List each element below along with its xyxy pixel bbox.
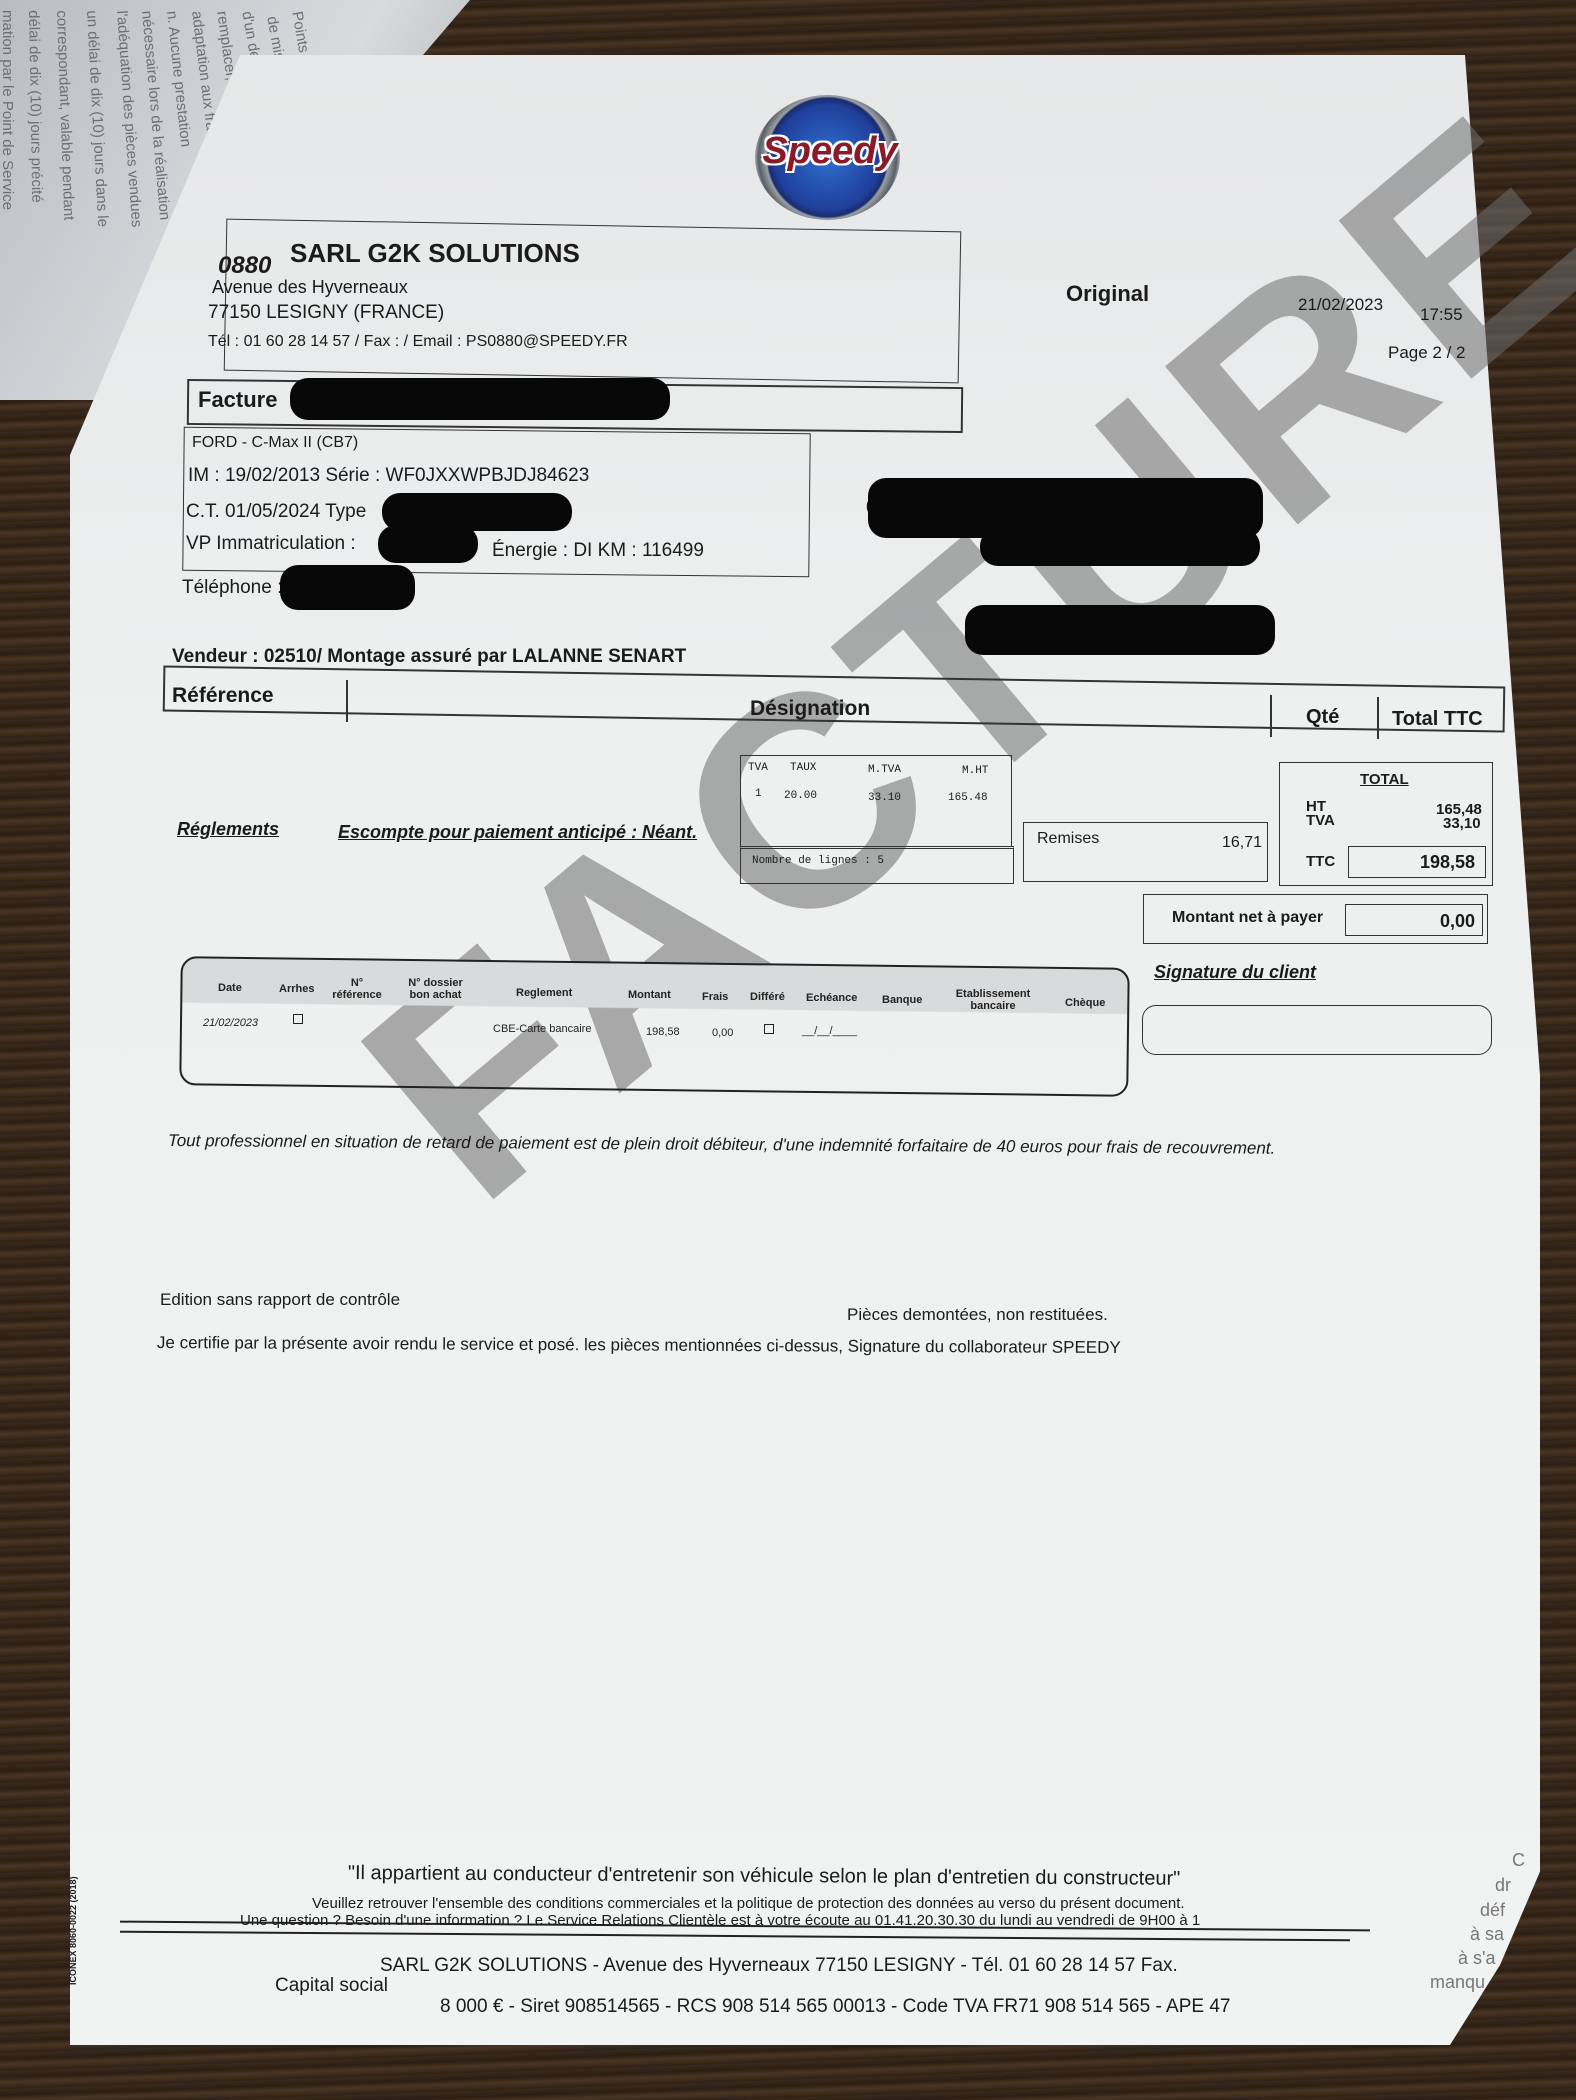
corner-text: à s'a — [1458, 1948, 1495, 1969]
divider — [346, 680, 348, 722]
copy-type: Original — [1066, 281, 1149, 307]
col-designation: Désignation — [750, 697, 870, 721]
divider — [1270, 695, 1272, 737]
tva-header-mht: M.HT — [962, 765, 988, 777]
pay-col-cheque: Chèque — [1065, 997, 1105, 1009]
tva-header-mtva: M.TVA — [868, 764, 901, 776]
footer-question: Une question ? Besoin d'une information … — [240, 1912, 1200, 1929]
tva-row-mht: 165.48 — [948, 792, 988, 804]
pay-reglement: CBE-Carte bancaire — [493, 1023, 591, 1035]
footer-capital-label: Capital social — [275, 1975, 388, 1997]
pay-col-reference: N° référence — [327, 977, 387, 1001]
folded-corner: C dr déf à sa à s'a manqu — [1390, 1830, 1540, 2030]
pay-col-date: Date — [218, 982, 242, 994]
invoice-date: 21/02/2023 — [1298, 295, 1383, 315]
pay-date: 21/02/2023 — [203, 1017, 258, 1029]
corner-text: dr — [1495, 1875, 1511, 1896]
pay-col-echeance: Echéance — [806, 992, 857, 1004]
company-address: Avenue des Hyverneaux — [212, 277, 408, 298]
corner-text: manqu — [1430, 1972, 1485, 1993]
invoice-time: 17:55 — [1420, 305, 1463, 325]
pay-col-frais: Frais — [702, 991, 728, 1003]
store-code: 0880 — [218, 252, 271, 280]
ghost-line: correspondant, valable pendant — [53, 10, 77, 221]
company-city: 77150 LESIGNY (FRANCE) — [208, 302, 444, 324]
pay-montant: 198,58 — [646, 1026, 680, 1038]
redacted-plate — [378, 525, 478, 563]
phone-label: Téléphone : — [182, 577, 282, 599]
col-reference: Référence — [172, 684, 274, 708]
ttc-label: TTC — [1306, 853, 1335, 870]
pay-echeance: __/__/____ — [802, 1025, 857, 1037]
net-label: Montant net à payer — [1172, 909, 1323, 927]
redacted-client-address — [980, 528, 1260, 566]
ghost-line: un délai de dix (10) jours dans le — [83, 10, 111, 227]
tva-row-index: 1 — [755, 788, 762, 800]
corner-text: C — [1512, 1850, 1525, 1871]
footer-company-line: SARL G2K SOLUTIONS - Avenue des Hyvernea… — [380, 1955, 1178, 1977]
ttc-value: 198,58 — [1420, 852, 1475, 873]
edition-note: Edition sans rapport de contrôle — [160, 1290, 400, 1310]
vehicle-energy-km: Énergie : DI KM : 116499 — [492, 540, 704, 562]
tva-lines-count: Nombre de lignes : 5 — [752, 855, 884, 867]
escompte-text: Escompte pour paiement anticipé : Néant. — [338, 822, 697, 843]
company-contact: Tél : 01 60 28 14 57 / Fax : / Email : P… — [208, 333, 628, 351]
net-value: 0,00 — [1440, 911, 1475, 932]
remises-label: Remises — [1037, 830, 1099, 848]
pay-col-etablissement: Etablissement bancaire — [948, 988, 1038, 1012]
pay-col-reglement: Reglement — [516, 987, 572, 999]
invoice-label: Facture — [198, 387, 277, 413]
col-total-ttc: Total TTC — [1392, 708, 1483, 731]
corner-text: à sa — [1470, 1924, 1504, 1945]
reglements-title: Réglements — [177, 819, 279, 840]
tva-row-taux: 20.00 — [784, 790, 817, 802]
pay-col-montant: Montant — [628, 989, 671, 1001]
pieces-note: Pièces demontées, non restituées. — [847, 1305, 1108, 1325]
tva-label: TVA — [1306, 814, 1335, 828]
tva-header-taux: TAUX — [790, 762, 816, 774]
col-qty: Qté — [1306, 706, 1339, 729]
redacted-phone — [280, 565, 415, 610]
ghost-line: délai de dix (10) jours précité — [25, 10, 45, 203]
remises-value: 16,71 — [1222, 834, 1262, 852]
pay-col-banque: Banque — [882, 994, 922, 1006]
pay-col-arrhes: Arrhes — [279, 983, 314, 995]
signature-field[interactable] — [1142, 1005, 1492, 1055]
company-name: SARL G2K SOLUTIONS — [290, 238, 580, 269]
tva-value: 33,10 — [1443, 817, 1481, 831]
pay-col-differe: Différé — [750, 991, 785, 1003]
corner-text: déf — [1480, 1900, 1505, 1921]
footer-legal-line: 8 000 € - Siret 908514565 - RCS 908 514 … — [440, 1996, 1230, 2018]
pay-col-dossier: N° dossier bon achat — [398, 977, 473, 1001]
ghost-line: mation par le Point de Service — [0, 10, 16, 210]
pay-frais: 0,00 — [712, 1027, 733, 1039]
footer-conditions: Veuillez retrouver l'ensemble des condit… — [312, 1895, 1185, 1912]
redacted-client-city — [965, 605, 1275, 655]
signature-label: Signature du client — [1154, 962, 1316, 983]
divider — [1377, 697, 1379, 739]
redacted-invoice-number — [290, 378, 670, 420]
differe-checkbox[interactable] — [764, 1024, 774, 1034]
logo-text: Speedy — [740, 130, 920, 173]
tva-header-tva: TVA — [748, 762, 768, 774]
printer-reference: ICONEX 8060-0022 (2018) — [68, 1876, 78, 1985]
vehicle-im-serie: IM : 19/02/2013 Série : WF0JXXWPBJDJ8462… — [188, 465, 589, 487]
vehicle-ct-type: C.T. 01/05/2024 Type — [186, 501, 366, 523]
totals-title: TOTAL — [1360, 771, 1409, 788]
vendeur-line: Vendeur : 02510/ Montage assuré par LALA… — [172, 646, 686, 668]
vehicle-immatriculation-label: VP Immatriculation : — [186, 533, 356, 555]
arrhes-checkbox[interactable] — [293, 1014, 303, 1024]
tva-row-mtva: 33.10 — [868, 792, 901, 804]
page-number: Page 2 / 2 — [1388, 343, 1466, 363]
vehicle-model: FORD - C-Max II (CB7) — [192, 434, 358, 452]
